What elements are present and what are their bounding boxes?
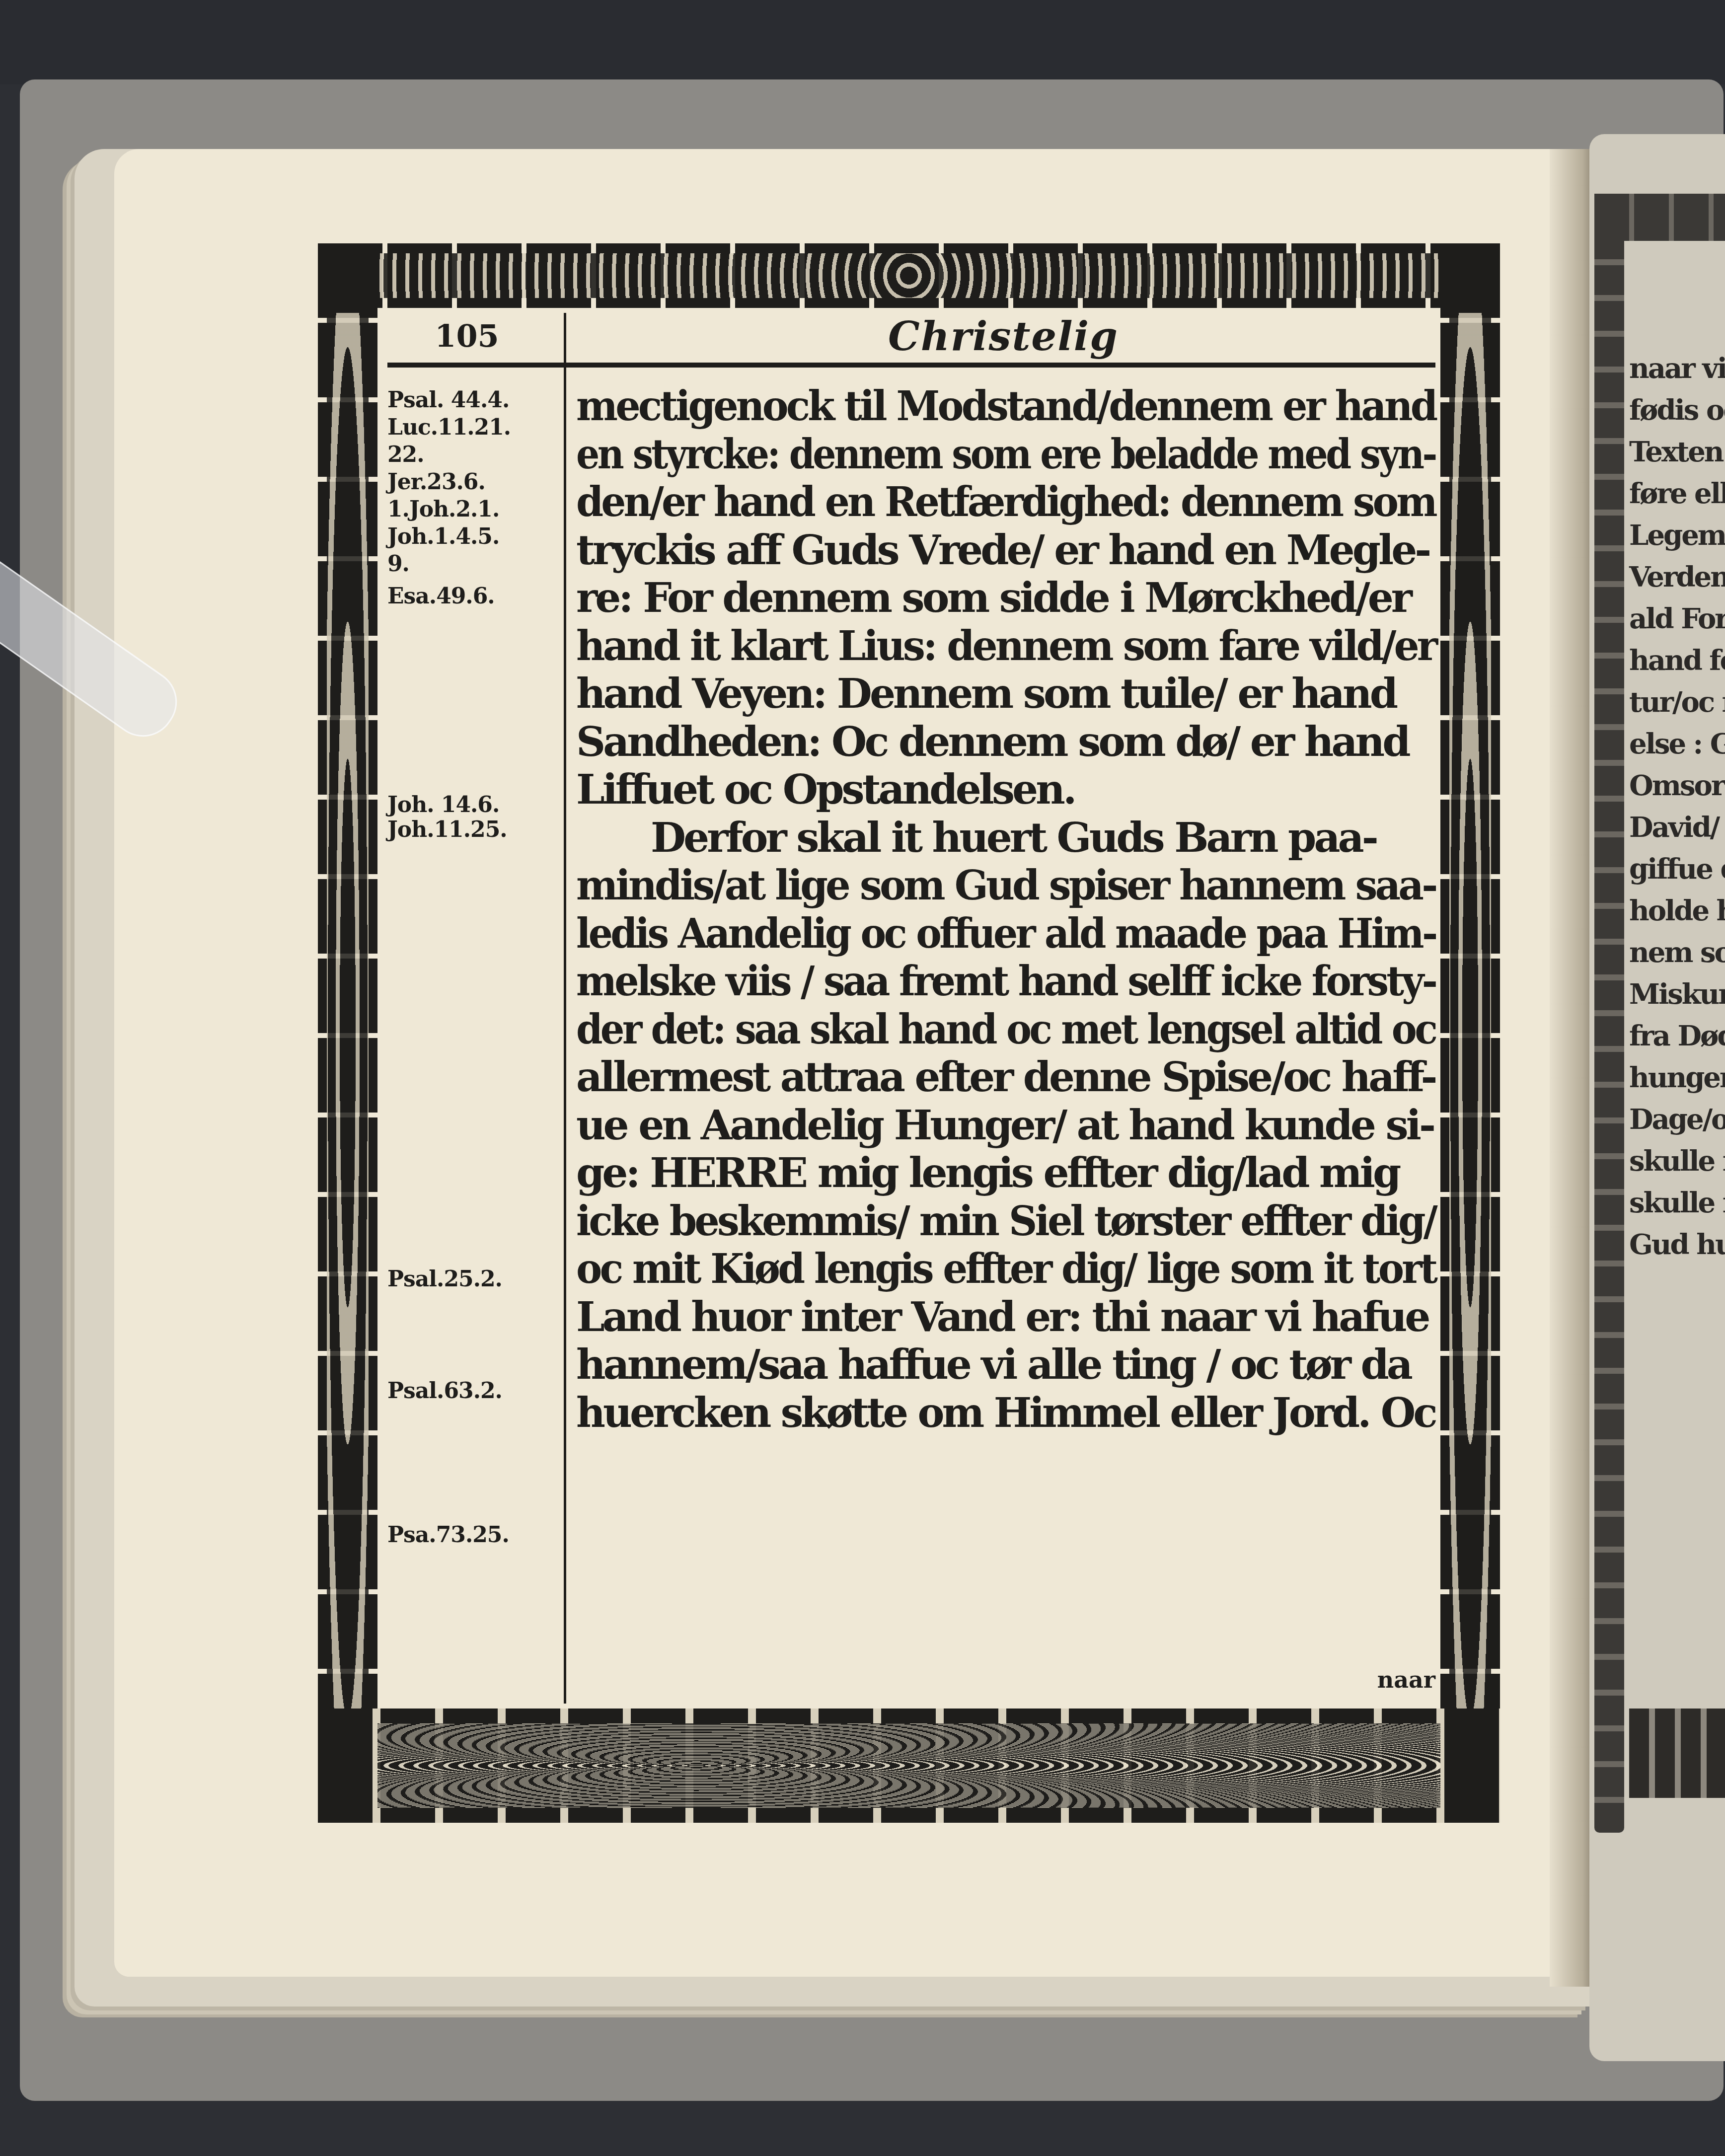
margin-rule — [564, 313, 566, 1704]
facing-page-border — [1594, 194, 1624, 1833]
facing-page-line: fødis oc regeris — [1629, 389, 1725, 431]
marginal-reference: Psa.73.25. — [387, 1522, 509, 1548]
facing-page-line: David/ at h — [1629, 807, 1725, 848]
marginal-reference: Joh. 14.6. — [387, 792, 499, 818]
text-line: re: For dennem som sidde i Mørckhed/er — [576, 574, 1435, 622]
marginal-reference: Psal.25.2. — [387, 1266, 502, 1292]
header-rule — [387, 363, 1435, 368]
text-line: melske viis / saa fremt hand selff icke … — [576, 958, 1388, 1006]
marginal-reference: Joh.1.4.5. — [387, 524, 499, 549]
facing-page-line: tur/oc mætte — [1629, 681, 1725, 723]
page-number: 105 — [417, 318, 517, 354]
marginal-reference: 22. — [387, 442, 424, 467]
running-title: Christelig — [566, 313, 1440, 360]
text-line: hand it klart Lius: dennem som fare vild… — [576, 622, 1420, 670]
marginal-reference: 9. — [387, 551, 409, 577]
text-line: Land huor inter Vand er: thi naar vi haf… — [576, 1293, 1435, 1341]
facing-page-line: Legemlig — [1629, 515, 1725, 556]
text-line: huercken skøtte om Himmel eller Jord. Oc — [576, 1389, 1425, 1437]
facing-page-line: Omsorg for — [1629, 765, 1725, 807]
text-line: den/er hand en Retfærdighed: dennem som — [576, 478, 1402, 526]
text-line: mindis/at lige som Gud spiser hannem saa… — [576, 862, 1412, 910]
body-text: mectigenock til Modstand/dennem er hande… — [576, 382, 1435, 1437]
facing-page-line: holde hans — [1629, 890, 1725, 932]
facing-page-line: Gud huer — [1629, 1224, 1725, 1265]
facing-page-line: føre eller regie — [1629, 473, 1725, 515]
text-line: tryckis aff Guds Vrede/ er hand en Megle… — [576, 526, 1435, 575]
facing-page-line: nem som han — [1629, 932, 1725, 973]
text-line: hand Veyen: Dennem som tuile/ er hand — [576, 670, 1435, 718]
facing-page-line: Miskundhe — [1629, 973, 1725, 1015]
facing-page-line: naar vi det gie — [1629, 348, 1725, 389]
facing-page-bottom-ornament — [1629, 1709, 1725, 1798]
facing-page-line: skulle icke — [1629, 1140, 1725, 1182]
scanner-backdrop — [0, 0, 1725, 84]
ornamental-border-top — [318, 243, 1500, 308]
ornamental-border-bottom — [318, 1709, 1500, 1823]
facing-page-line: giffue deris — [1629, 848, 1725, 890]
facing-page-line: Verden til saa — [1629, 556, 1725, 598]
facing-page-line: hungers n — [1629, 1057, 1725, 1099]
facing-page-top-border — [1594, 194, 1725, 241]
ornamental-border-left — [318, 243, 377, 1823]
facing-page-text: naar vi det giefødis oc regerisTexten be… — [1629, 348, 1725, 1265]
woodcut-frame: 105 Christelig Psal. 44.4.Luc.11.21.22.J… — [318, 243, 1500, 1823]
facing-page-line: Texten betyder — [1629, 431, 1725, 473]
marginal-reference: Luc.11.21. — [387, 415, 511, 440]
text-line: der det: saa skal hand oc met lengsel al… — [576, 1006, 1378, 1054]
text-line: oc mit Kiød lengis effter dig/ lige som … — [576, 1245, 1398, 1293]
marginal-reference: Joh.11.25. — [387, 817, 507, 842]
text-block: 105 Christelig Psal. 44.4.Luc.11.21.22.J… — [377, 308, 1440, 1709]
ornamental-border-right — [1440, 243, 1500, 1823]
text-line: ue en Aandelig Hunger/ at hand kunde si- — [576, 1102, 1435, 1150]
text-line: icke beskemmis/ min Siel tørster effter … — [576, 1197, 1409, 1246]
marginal-reference: 1.Joh.2.1. — [387, 497, 499, 522]
text-line: allermest attraa efter denne Spise/oc ha… — [576, 1053, 1432, 1102]
facing-page-line: else : G — [1629, 723, 1725, 765]
text-line: Sandheden: Oc dennem som dø/ er hand — [576, 718, 1435, 766]
marginal-reference: Esa.49.6. — [387, 584, 495, 609]
facing-page-line: ald Fornuffte — [1629, 598, 1725, 640]
text-line: en styrcke: dennem som ere beladde med s… — [576, 431, 1355, 479]
text-line: Liffuet oc Opstandelsen. — [576, 766, 1435, 814]
text-line: ge: HERRE mig lengis effter dig/lad mig — [576, 1149, 1435, 1197]
facing-page-line: hand forsorg — [1629, 640, 1725, 681]
facing-page-line: Dage/oc — [1629, 1099, 1725, 1140]
catchword: naar — [1377, 1666, 1435, 1693]
marginal-reference: Jer.23.6. — [387, 469, 485, 495]
text-line: hannem/saa haffue vi alle ting / oc tør … — [576, 1341, 1435, 1389]
text-line: ledis Aandelig oc offuer ald maade paa H… — [576, 910, 1388, 958]
text-line: mectigenock til Modstand/dennem er hand — [576, 382, 1408, 431]
marginal-reference: Psal. 44.4. — [387, 387, 509, 413]
text-line: Derfor skal it huert Guds Barn paa- — [576, 814, 1435, 862]
facing-page-line: skulle mæt — [1629, 1182, 1725, 1224]
facing-page-line: fra Døden — [1629, 1015, 1725, 1057]
marginal-reference: Psal.63.2. — [387, 1378, 502, 1404]
